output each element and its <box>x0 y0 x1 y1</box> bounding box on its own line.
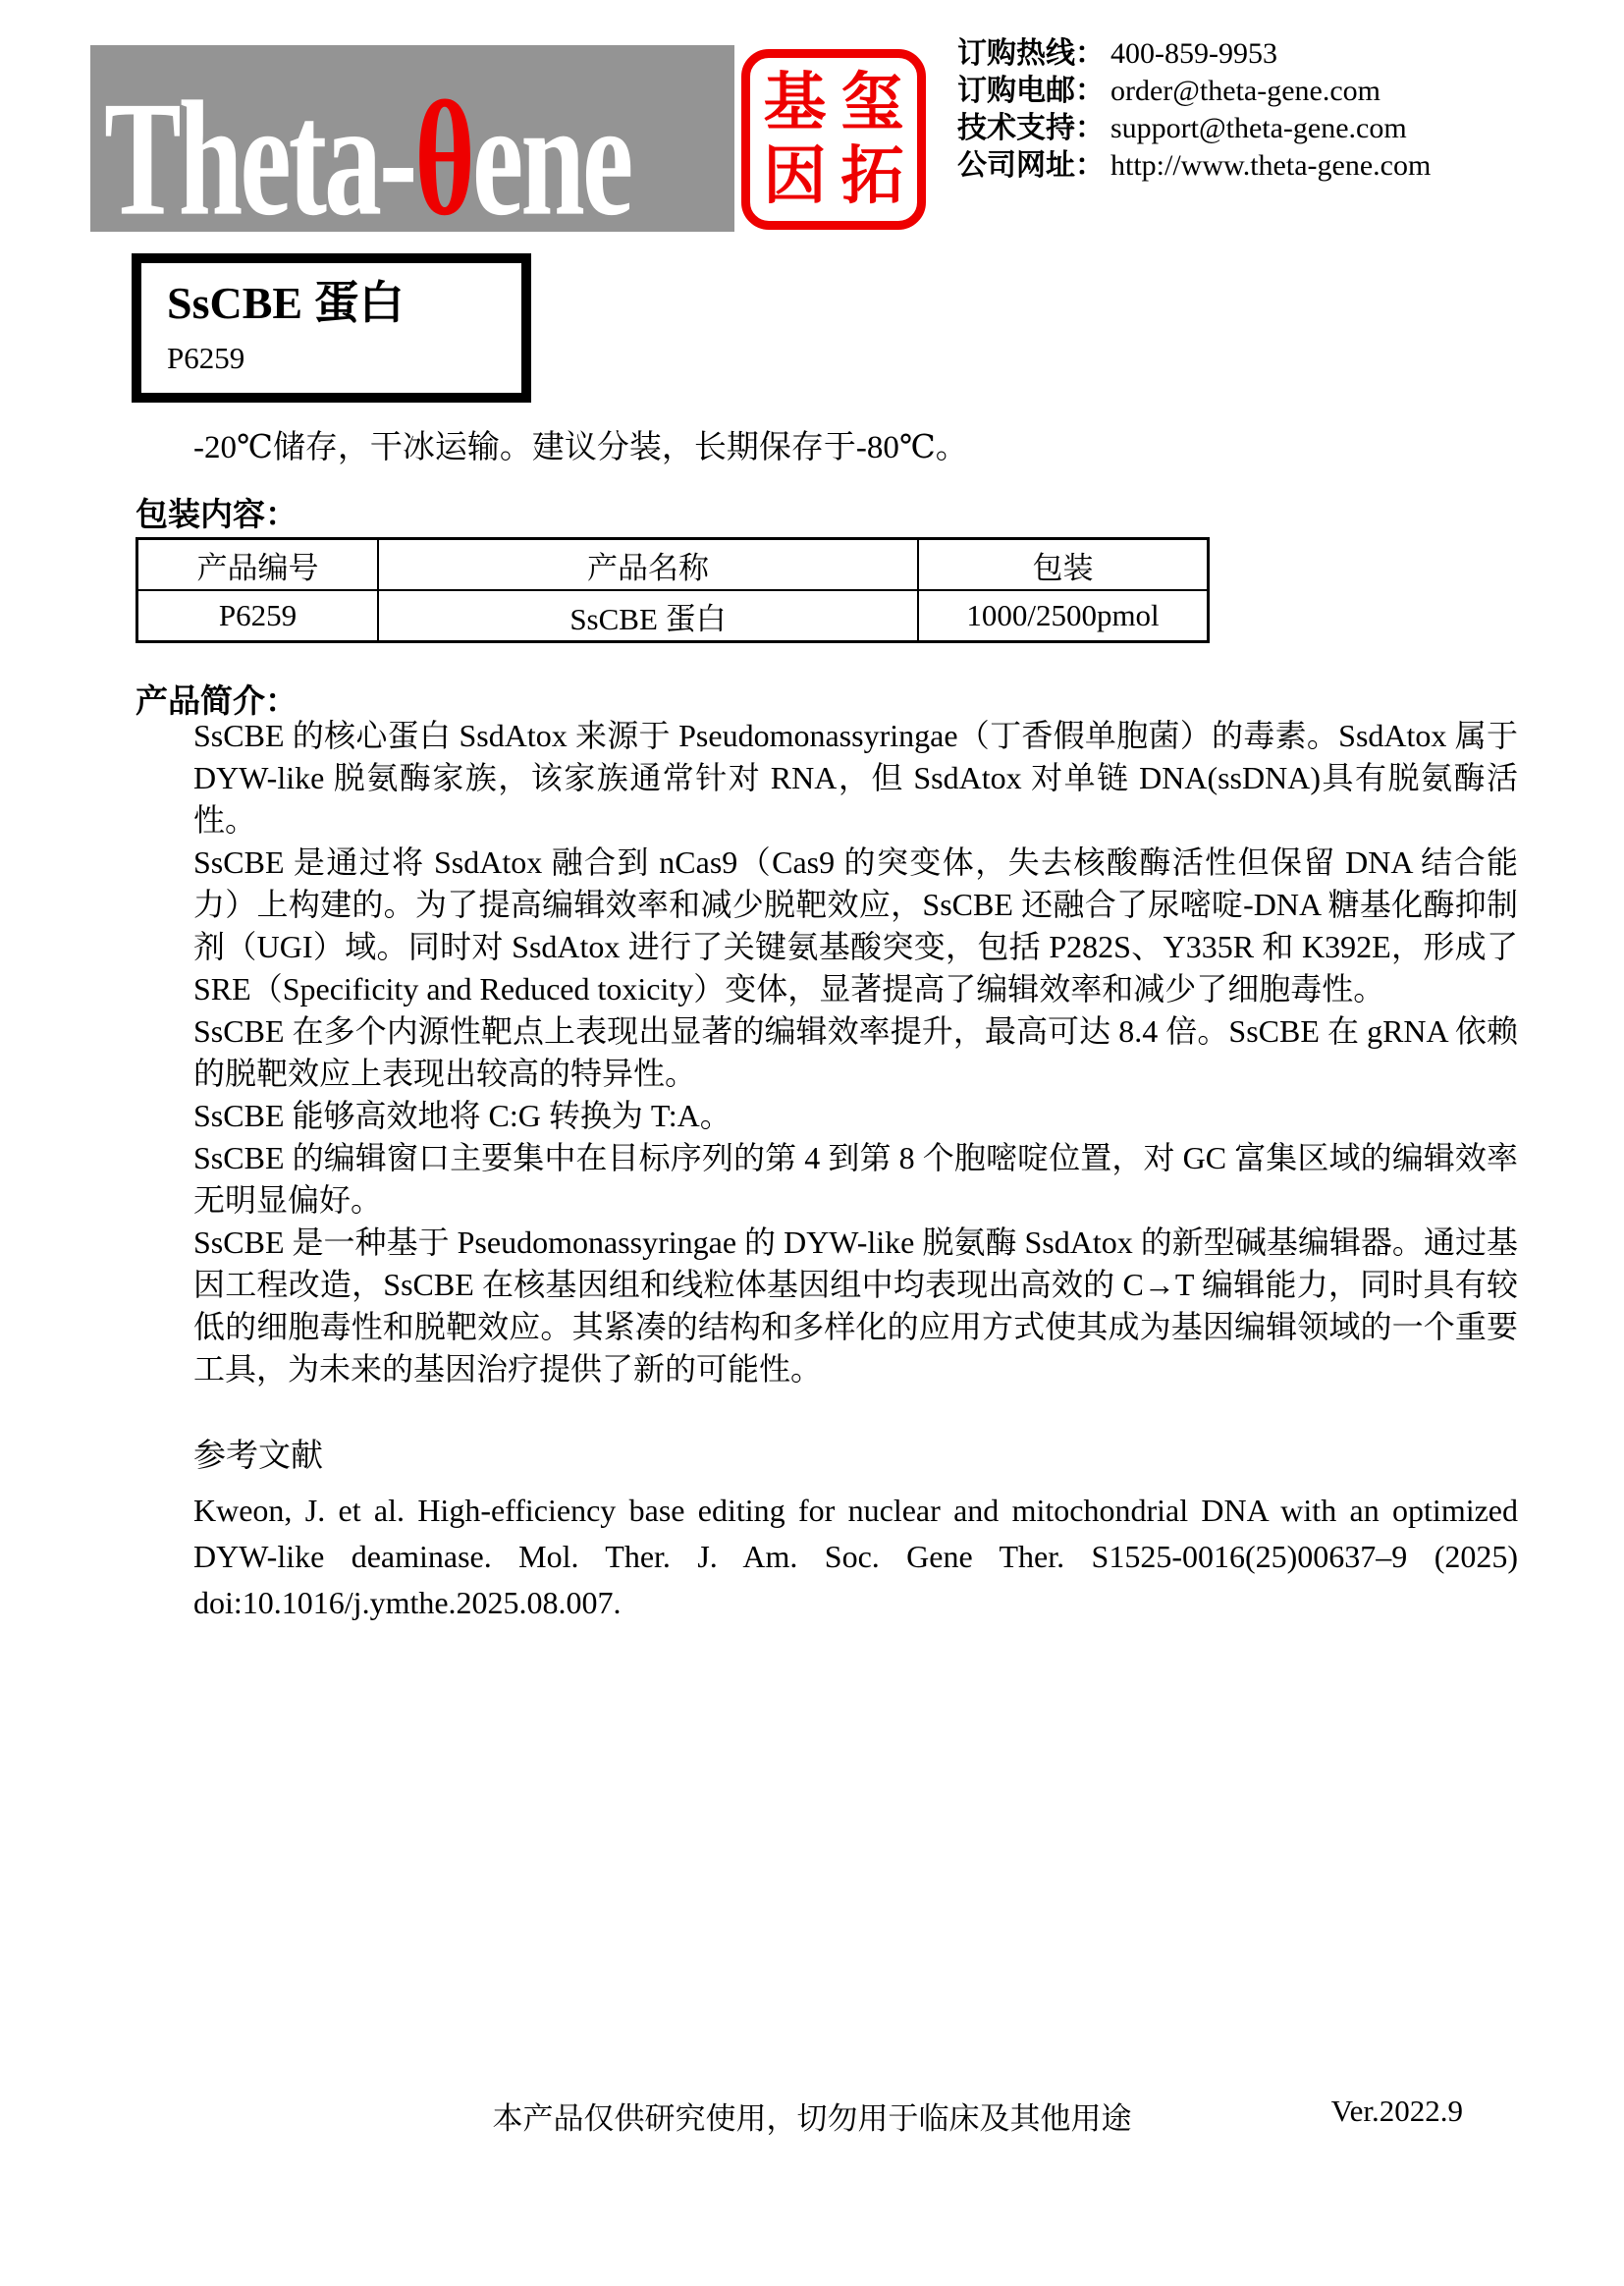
references-heading: 参考文献 <box>193 1436 1518 1478</box>
intro-paragraph: SsCBE 的编辑窗口主要集中在目标序列的第 4 到第 8 个胞嘧啶位置，对 G… <box>193 1137 1518 1222</box>
contact-support-email-label: 技术支持： <box>957 110 1105 147</box>
logo-theta-glyph: θ <box>414 68 472 233</box>
contact-hotline-value: 400-859-9953 <box>1110 35 1277 73</box>
contact-website-label: 公司网址： <box>957 147 1105 185</box>
seal-char: 因 <box>764 145 827 208</box>
datasheet-page: Theta-θene 基 玺 因 拓 订购热线： 400-859-9953 订购… <box>0 0 1624 2286</box>
company-logo-text: Theta-θene <box>104 77 630 232</box>
table-cell-product-code: P6259 <box>137 590 379 642</box>
product-title-box: SsCBE 蛋白 P6259 <box>132 253 531 403</box>
table-row: P6259 SsCBE 蛋白 1000/2500pmol <box>137 590 1209 642</box>
table-cell-product-name: SsCBE 蛋白 <box>378 590 918 642</box>
seal-char: 玺 <box>841 72 904 135</box>
contact-hotline: 订购热线： 400-859-9953 <box>957 35 1431 73</box>
table-header-row: 产品编号 产品名称 包装 <box>137 539 1209 591</box>
table-header-product-code: 产品编号 <box>137 539 379 591</box>
contact-support-email: 技术支持： support@theta-gene.com <box>957 110 1431 147</box>
logo-text-post: ene <box>472 68 630 233</box>
product-title: SsCBE 蛋白 <box>167 279 521 329</box>
contact-website-value: http://www.theta-gene.com <box>1110 147 1431 185</box>
seal-char: 基 <box>764 72 827 135</box>
reference-citation: Kweon, J. et al. High-efficiency base ed… <box>193 1488 1518 1626</box>
seal-char: 拓 <box>841 145 904 208</box>
contact-order-email-label: 订购电邮： <box>957 73 1105 110</box>
product-code: P6259 <box>167 341 521 376</box>
contact-website: 公司网址： http://www.theta-gene.com <box>957 147 1431 185</box>
package-contents-heading: 包装内容： <box>135 489 298 535</box>
contact-order-email: 订购电邮： order@theta-gene.com <box>957 73 1431 110</box>
company-seal: 基 玺 因 拓 <box>741 49 926 230</box>
intro-paragraph: SsCBE 的核心蛋白 SsdAtox 来源于 Pseudomonassyrin… <box>193 715 1518 842</box>
table-header-package: 包装 <box>918 539 1209 591</box>
table-cell-package: 1000/2500pmol <box>918 590 1209 642</box>
table-header-product-name: 产品名称 <box>378 539 918 591</box>
intro-paragraph: SsCBE 在多个内源性靶点上表现出显著的编辑效率提升，最高可达 8.4 倍。S… <box>193 1010 1518 1095</box>
intro-paragraph: SsCBE 是一种基于 Pseudomonassyringae 的 DYW-li… <box>193 1222 1518 1390</box>
storage-note: -20℃储存，干冰运输。建议分装，长期保存于-80℃。 <box>193 428 968 467</box>
logo-text-pre: Theta- <box>104 68 414 233</box>
contact-order-email-value: order@theta-gene.com <box>1110 73 1380 110</box>
product-intro-body: SsCBE 的核心蛋白 SsdAtox 来源于 Pseudomonassyrin… <box>193 715 1518 1626</box>
intro-paragraph: SsCBE 能够高效地将 C:G 转换为 T:A。 <box>193 1095 1518 1137</box>
contact-info-block: 订购热线： 400-859-9953 订购电邮： order@theta-gen… <box>957 35 1431 185</box>
intro-paragraph: SsCBE 是通过将 SsdAtox 融合到 nCas9（Cas9 的突变体，失… <box>193 842 1518 1010</box>
contact-hotline-label: 订购热线： <box>957 35 1105 73</box>
company-logo: Theta-θene <box>90 45 734 232</box>
package-contents-table: 产品编号 产品名称 包装 P6259 SsCBE 蛋白 1000/2500pmo… <box>135 537 1210 643</box>
contact-support-email-value: support@theta-gene.com <box>1110 110 1407 147</box>
footer-version: Ver.2022.9 <box>1331 2094 1463 2129</box>
